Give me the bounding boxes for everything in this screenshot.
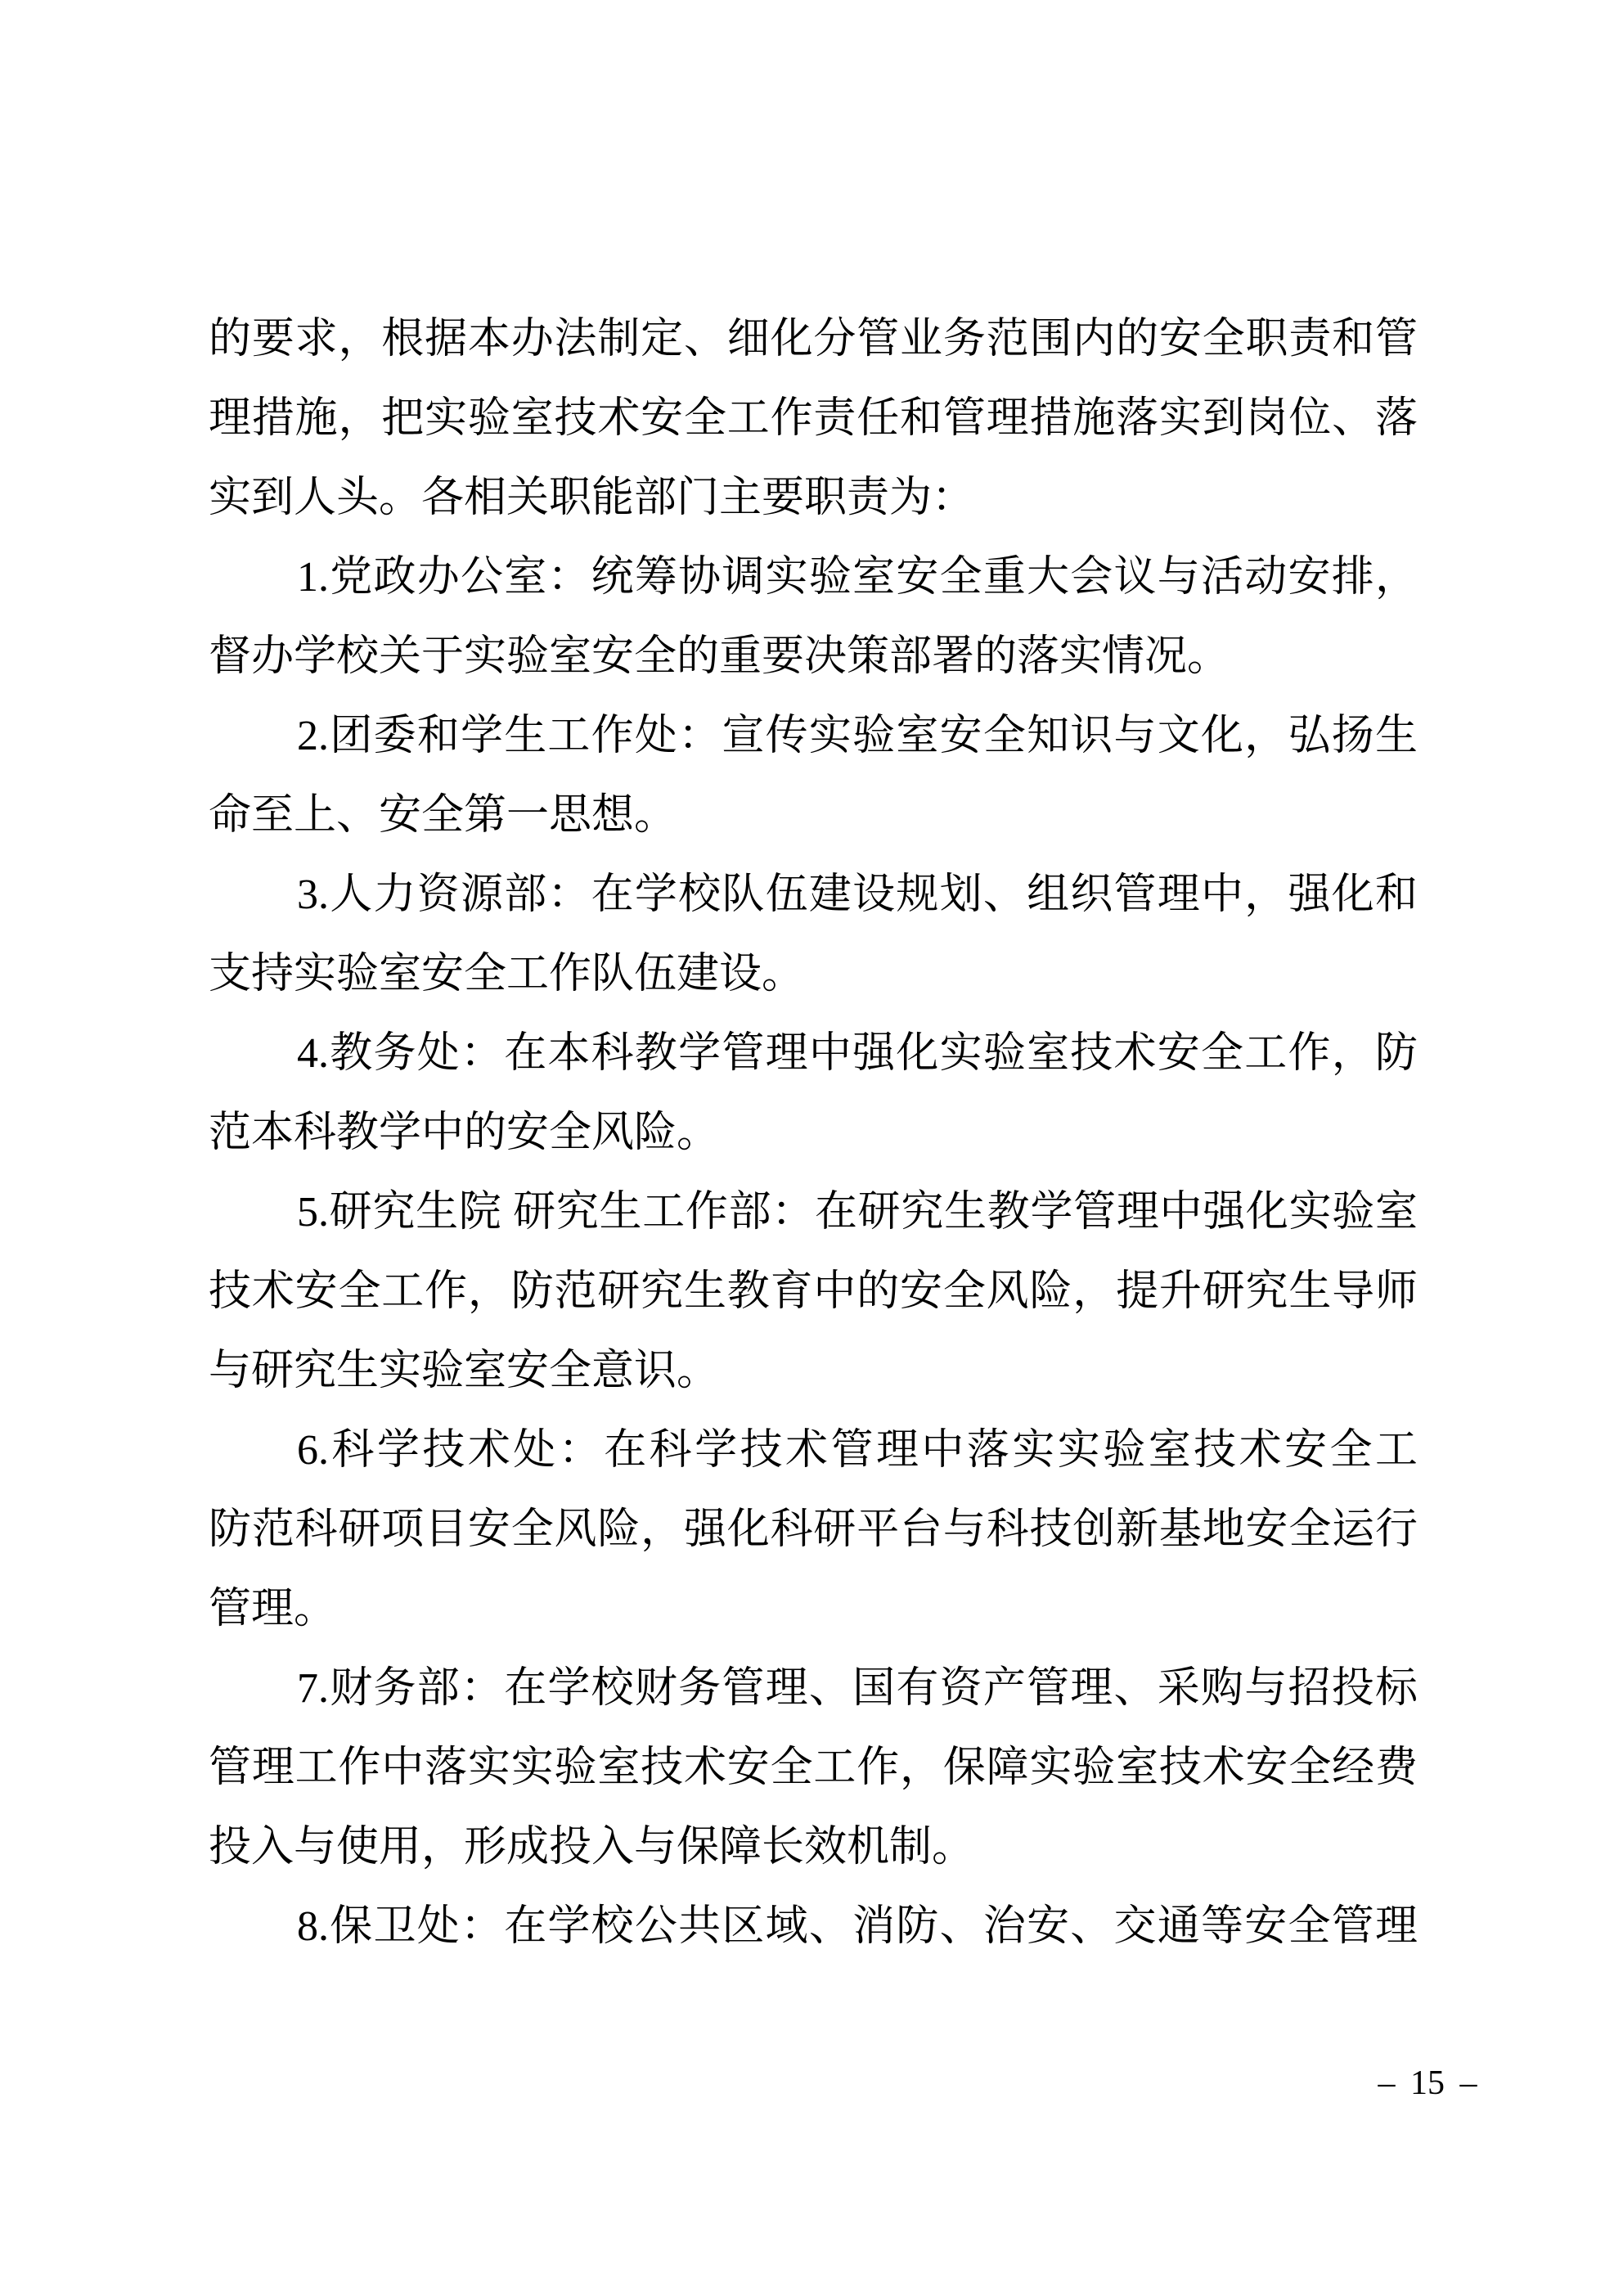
text-line: 防范科研项目安全风险，强化科研平台与科技创新基地安全运行 bbox=[209, 1490, 1418, 1569]
text-line: 管理。 bbox=[209, 1569, 1418, 1649]
text-line: 5.研究生院 研究生工作部：在研究生教学管理中强化实验室 bbox=[209, 1173, 1418, 1252]
text-line: 1.党政办公室：统筹协调实验室安全重大会议与活动安排， bbox=[209, 538, 1418, 617]
text-line: 8.保卫处：在学校公共区域、消防、治安、交通等安全管理 bbox=[209, 1887, 1418, 1966]
text-line: 2.团委和学生工作处：宣传实验室安全知识与文化，弘扬生 bbox=[209, 696, 1418, 776]
text-line: 的要求，根据本办法制定、细化分管业务范围内的安全职责和管 bbox=[209, 299, 1418, 379]
text-line: 支持实验室安全工作队伍建设。 bbox=[209, 934, 1418, 1014]
text-line: 4.教务处：在本科教学管理中强化实验室技术安全工作，防 bbox=[209, 1014, 1418, 1093]
text-line: 3.人力资源部：在学校队伍建设规划、组织管理中，强化和 bbox=[209, 855, 1418, 934]
body-text: 的要求，根据本办法制定、细化分管业务范围内的安全职责和管 理措施，把实验室技术安… bbox=[209, 299, 1418, 1966]
text-line: 投入与使用，形成投入与保障长效机制。 bbox=[209, 1808, 1418, 1887]
page-number: – 15 – bbox=[1354, 2064, 1501, 2103]
text-line: 实到人头。各相关职能部门主要职责为： bbox=[209, 458, 1418, 538]
text-line: 7.财务部：在学校财务管理、国有资产管理、采购与招投标 bbox=[209, 1649, 1418, 1728]
text-line: 命至上、安全第一思想。 bbox=[209, 776, 1418, 855]
text-line: 督办学校关于实验室安全的重要决策部署的落实情况。 bbox=[209, 617, 1418, 696]
text-line: 技术安全工作，防范研究生教育中的安全风险，提升研究生导师 bbox=[209, 1252, 1418, 1331]
text-line: 管理工作中落实实验室技术安全工作，保障实验室技术安全经费 bbox=[209, 1728, 1418, 1808]
document-page: 的要求，根据本办法制定、细化分管业务范围内的安全职责和管 理措施，把实验室技术安… bbox=[0, 0, 1623, 2296]
text-line: 范本科教学中的安全风险。 bbox=[209, 1093, 1418, 1173]
text-line: 与研究生实验室安全意识。 bbox=[209, 1331, 1418, 1411]
text-line: 理措施，把实验室技术安全工作责任和管理措施落实到岗位、落 bbox=[209, 379, 1418, 458]
text-line: 6.科学技术处：在科学技术管理中落实实验室技术安全工作， bbox=[209, 1411, 1418, 1490]
